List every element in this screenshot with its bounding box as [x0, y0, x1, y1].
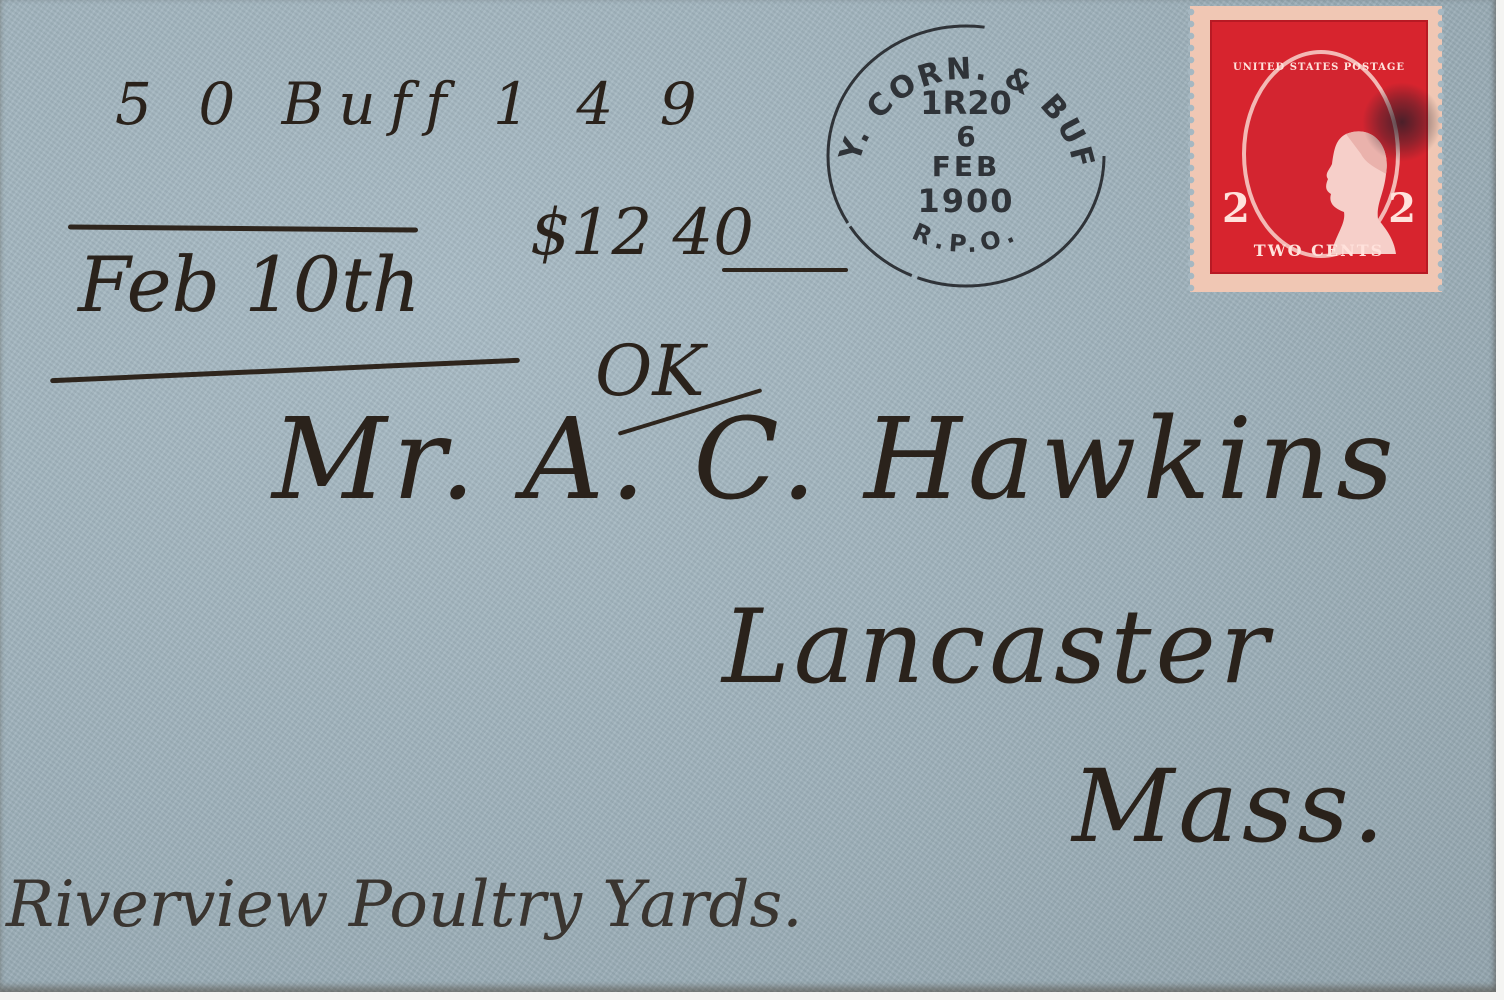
envelope: 5 0 Buff 1 4 9 Feb 10th $12 40 OK N.Y. C… [0, 0, 1496, 992]
stamp-country: UNITED STATES POSTAGE [1212, 62, 1426, 73]
stamp-denomination-text: TWO CENTS [1212, 241, 1426, 260]
postmark-line4: 1900 [818, 182, 1114, 220]
svg-text:R.P.O.: R.P.O. [908, 218, 1024, 259]
note-rule-top [68, 224, 418, 232]
postmark: N.Y. CORN. & BUFF. R.P.O. 1R20 6 FEB 190… [818, 18, 1114, 293]
postmark-ring-bottom: R.P.O. [908, 218, 1024, 259]
note-date: Feb 10th [78, 240, 421, 329]
note-top-line: 5 0 Buff 1 4 9 [115, 70, 711, 138]
note-rule-bottom [50, 358, 520, 383]
postage-stamp: UNITED STATES POSTAGE 2 2 TWO CENTS [1190, 6, 1442, 292]
address-city: Lancaster [722, 588, 1273, 707]
cancel-ink-blot [1362, 82, 1442, 162]
postmark-line3: FEB [818, 150, 1114, 183]
return-line: Riverview Poultry Yards. [6, 868, 803, 942]
postmark-line1: 1R20 [818, 84, 1114, 122]
address-name: Mr. A. C. Hawkins [272, 395, 1400, 525]
address-state: Mass. [1072, 748, 1388, 865]
stamp-oval [1242, 50, 1400, 258]
note-amount: $12 40 [530, 196, 754, 270]
stamp-denomination-left: 2 [1222, 185, 1250, 232]
stamp-denomination-right: 2 [1388, 185, 1416, 232]
stamp-frame: UNITED STATES POSTAGE 2 2 TWO CENTS [1210, 20, 1428, 274]
postmark-line2: 6 [818, 120, 1114, 153]
